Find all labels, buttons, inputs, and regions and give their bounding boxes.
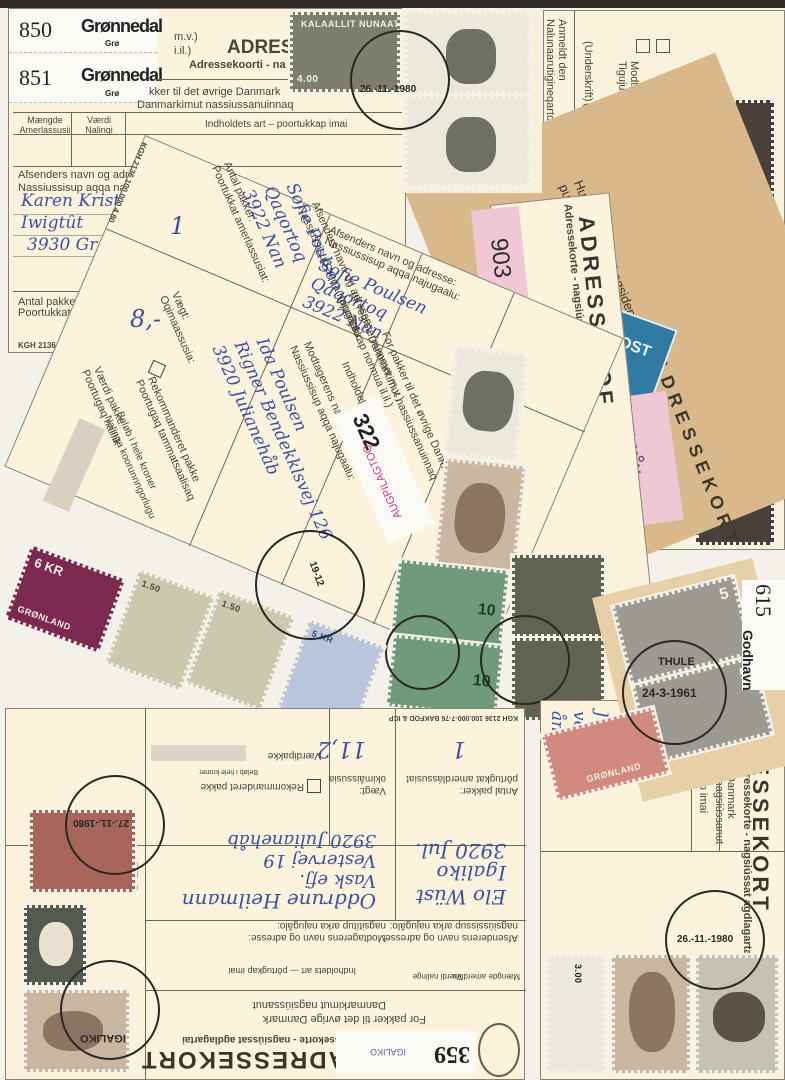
notified-text: Anmeldt den xyxy=(556,19,568,81)
postmark-nanortalik xyxy=(385,615,460,690)
checkbox xyxy=(656,39,670,53)
postmark-augpilagtoq: 19-12 xyxy=(255,530,365,640)
checkbox-registered xyxy=(307,779,321,793)
stamp-mask-6kr-mid xyxy=(445,347,528,462)
postmark-julianehab: 27.-11.-1980 xyxy=(65,775,165,875)
postmark-thule: THULE 24-3-1961 xyxy=(622,640,727,745)
postmark-narssarssuaq xyxy=(480,615,570,705)
godhavn-label-615: 615 Godhavn xyxy=(742,580,785,690)
value-box-grey xyxy=(151,745,246,761)
stamp-landscape-300: 3.00 xyxy=(546,955,606,1073)
address-card-middle: KGH 2136 100.000 4.80 Afsenders navn og … xyxy=(30,40,510,600)
checkbox xyxy=(636,39,650,53)
post-emblem-icon xyxy=(478,1023,520,1077)
postmark-godhavn: 26.-11.-1980 xyxy=(665,890,765,990)
notified-text: Nalunaarutigineqartoq xyxy=(544,19,556,127)
postmark-igaliko: IGALIKO xyxy=(60,960,160,1060)
signature-text: (Underskrift) xyxy=(582,41,594,102)
background-dark-edge xyxy=(0,0,785,8)
registration-label-359: 359 IGALIKO xyxy=(336,1031,476,1073)
